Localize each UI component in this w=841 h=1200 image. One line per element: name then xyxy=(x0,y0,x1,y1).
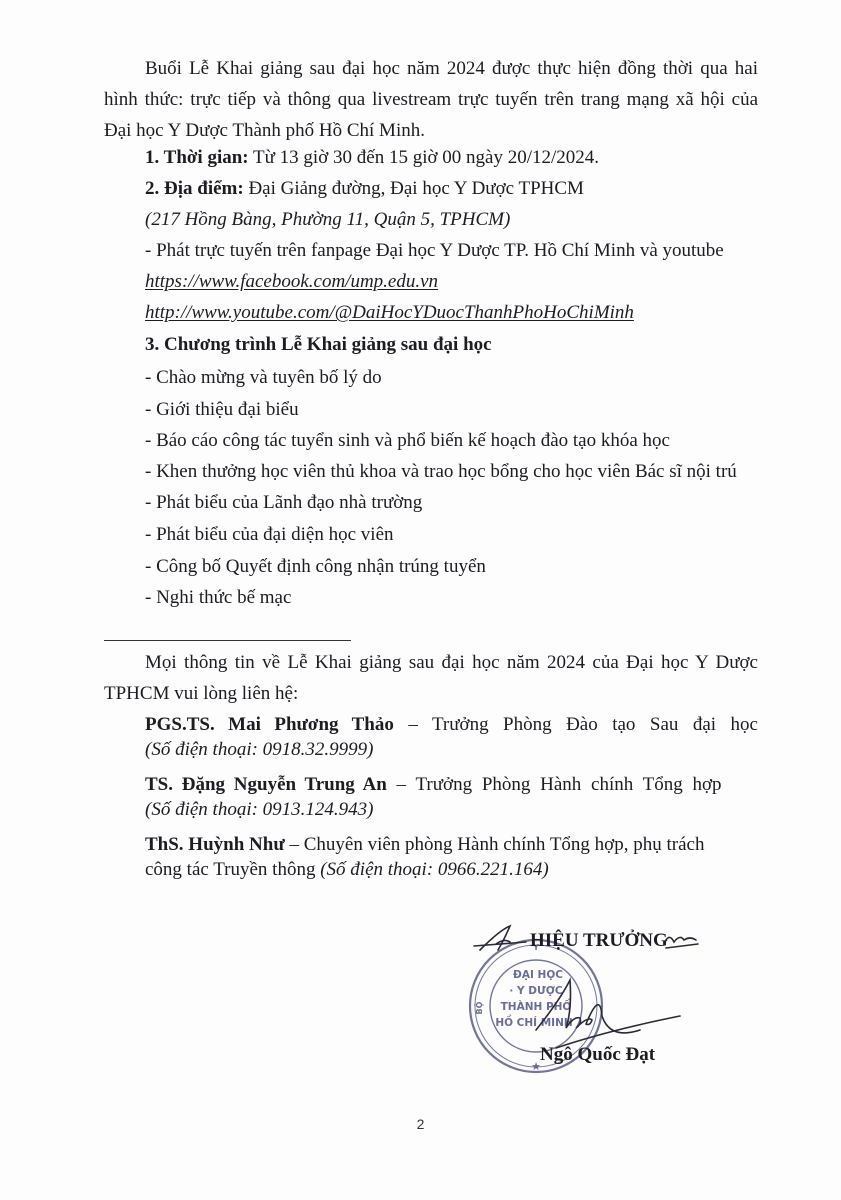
contact-role-cont: công tác Truyền thông xyxy=(145,859,320,880)
contact-person-1: PGS.TS. Mai Phương Thảo – Trưởng Phòng Đ… xyxy=(145,713,758,737)
handwritten-signature-icon xyxy=(470,920,710,1060)
contact-person-3-cont: công tác Truyền thông (Số điện thoại: 09… xyxy=(145,858,758,882)
location-value: Đại Giảng đường, Đại học Y Dược TPHCM xyxy=(244,178,584,199)
contact-name: PGS.TS. Mai Phương Thảo xyxy=(145,714,394,735)
contact-role: – Trưởng Phòng Hành chính Tổng hợp xyxy=(387,774,722,795)
contact-role: – Trưởng Phòng Đào tạo Sau đại học xyxy=(394,714,758,735)
program-item: - Báo cáo công tác tuyển sinh và phổ biế… xyxy=(145,429,758,453)
contact-person-3: ThS. Huỳnh Như – Chuyên viên phòng Hành … xyxy=(145,833,758,857)
signer-name: Ngô Quốc Đạt xyxy=(540,1043,655,1067)
intro-line-2: hình thức: trực tiếp và thông qua livest… xyxy=(104,88,758,112)
program-item: - Phát biểu của Lãnh đạo nhà trường xyxy=(145,491,758,515)
facebook-link[interactable]: https://www.facebook.com/ump.edu.vn xyxy=(145,271,438,292)
contact-intro-line-1: Mọi thông tin về Lễ Khai giảng sau đại h… xyxy=(145,651,758,675)
program-heading: 3. Chương trình Lễ Khai giảng sau đại họ… xyxy=(145,333,758,357)
program-item: - Nghi thức bế mạc xyxy=(145,586,758,610)
intro-line-3: Đại học Y Dược Thành phố Hồ Chí Minh. xyxy=(104,119,758,143)
contact-intro-line-2: TPHCM vui lòng liên hệ: xyxy=(104,682,758,706)
location-label: 2. Địa điểm: xyxy=(145,178,244,199)
program-item: - Phát biểu của đại diện học viên xyxy=(145,523,758,547)
contact-phone: (Số điện thoại: 0966.221.164) xyxy=(320,859,549,880)
program-item: - Giới thiệu đại biểu xyxy=(145,398,758,422)
contact-phone: (Số điện thoại: 0913.124.943) xyxy=(145,798,758,822)
youtube-link[interactable]: http://www.youtube.com/@DaiHocYDuocThanh… xyxy=(145,302,634,323)
program-item: - Chào mừng và tuyên bố lý do xyxy=(145,366,758,390)
contact-role: – Chuyên viên phòng Hành chính Tổng hợp,… xyxy=(285,834,705,855)
contact-phone: (Số điện thoại: 0918.32.9999) xyxy=(145,738,758,762)
time-label: 1. Thời gian: xyxy=(145,147,249,168)
document-page: Buổi Lễ Khai giảng sau đại học năm 2024 … xyxy=(0,0,841,1200)
location-section: 2. Địa điểm: Đại Giảng đường, Đại học Y … xyxy=(145,177,758,201)
contact-person-2: TS. Đặng Nguyễn Trung An – Trưởng Phòng … xyxy=(145,773,758,797)
section-divider xyxy=(104,640,351,641)
time-value: Từ 13 giờ 30 đến 15 giờ 00 ngày 20/12/20… xyxy=(249,147,599,168)
time-section: 1. Thời gian: Từ 13 giờ 30 đến 15 giờ 00… xyxy=(145,146,758,170)
program-item: - Khen thưởng học viên thủ khoa và trao … xyxy=(145,460,758,484)
location-address: (217 Hồng Bàng, Phường 11, Quận 5, TPHCM… xyxy=(145,208,758,232)
facebook-link-row: https://www.facebook.com/ump.edu.vn xyxy=(145,270,758,294)
page-number: 2 xyxy=(0,1116,841,1132)
program-item: - Công bố Quyết định công nhận trúng tuy… xyxy=(145,555,758,579)
contact-name: ThS. Huỳnh Như xyxy=(145,834,285,855)
intro-line-1: Buổi Lễ Khai giảng sau đại học năm 2024 … xyxy=(145,57,758,81)
contact-name: TS. Đặng Nguyễn Trung An xyxy=(145,774,387,795)
youtube-link-row: http://www.youtube.com/@DaiHocYDuocThanh… xyxy=(145,301,758,325)
stream-note: - Phát trực tuyến trên fanpage Đại học Y… xyxy=(145,239,758,263)
